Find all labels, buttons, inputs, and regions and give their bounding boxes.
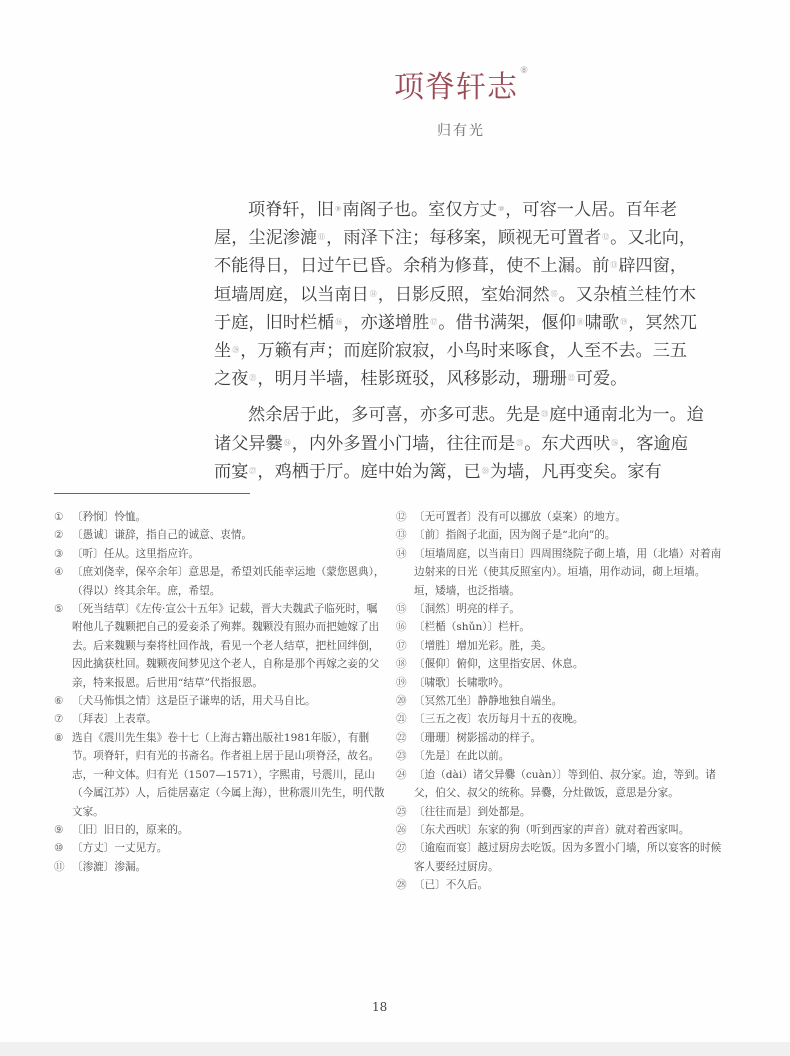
body-paragraph: 项脊轩，旧⑨南阁子也。室仅方丈⑩，可容一人居。百年老屋，尘泥渗漉⑪，雨泽下注；每… [214, 196, 704, 393]
body-text-run: 。东犬西吠 [524, 434, 610, 454]
footnote-number: ⑬ [396, 526, 414, 544]
body-text-run: ，亦遂增胜 [343, 313, 429, 333]
footnote-item: ⑰〔增胜〕增加光彩。胜，美。 [396, 637, 726, 655]
footnote-number: ⑫ [396, 508, 414, 526]
footnote-ref: ㉘ [482, 467, 489, 475]
footnotes-right-column: ⑫〔无可置者〕没有可以挪放（桌案）的地方。⑬〔前〕指阁子北面，因为阁子是“北向”… [396, 508, 726, 895]
viewer-bottom-band [0, 1042, 790, 1056]
footnote-text: 〔栏楯（shǔn）〕栏杆。 [414, 618, 726, 636]
footnotes-left-column: ①〔矜悯〕怜恤。②〔愚诚〕谦辞，指自己的诚意、衷情。③〔听〕任从。这里指应许。④… [54, 508, 386, 876]
footnote-text: 〔旧〕旧日的，原来的。 [72, 821, 386, 839]
footnote-number: ② [54, 526, 72, 544]
footnote-text: 选自《震川先生集》卷十七（上海古籍出版社1981年版），有删节。项脊轩，归有光的… [72, 729, 386, 821]
footnote-number: ⑯ [396, 618, 414, 636]
footnote-item: ㉑〔三五之夜〕农历每月十五的夜晚。 [396, 710, 726, 728]
footnote-item: ㉒〔珊珊〕树影摇动的样子。 [396, 729, 726, 747]
footnote-number: ⑤ [54, 600, 72, 692]
footnote-item: ⑪〔渗漉〕渗漏。 [54, 858, 386, 876]
footnote-item: ㉗〔逾庖而宴〕越过厨房去吃饭。因为多置小门墙，所以宴客的时候客人要经过厨房。 [396, 839, 726, 876]
footnote-item: ⑯〔栏楯（shǔn）〕栏杆。 [396, 618, 726, 636]
footnote-item: ㉖〔东犬西吠〕东家的狗（听到西家的声音）就对着西家叫。 [396, 821, 726, 839]
footnote-ref: ⑬ [610, 261, 617, 269]
footnote-item: ⑬〔前〕指阁子北面，因为阁子是“北向”的。 [396, 526, 726, 544]
body-paragraph: 然余居于此，多可喜，亦多可悲。先是㉓庭中通南北为一。迨诸父异爨㉔，内外多置小门墙… [214, 401, 704, 486]
footnote-ref: ⑲ [620, 318, 627, 326]
footnote-number: ⑳ [396, 692, 414, 710]
footnote-item: ⑧选自《震川先生集》卷十七（上海古籍出版社1981年版），有删节。项脊轩，归有光… [54, 729, 386, 821]
footnote-text: 〔啸歌〕长啸歌吟。 [414, 674, 726, 692]
footnote-divider [54, 493, 250, 494]
footnote-item: ⑭〔垣墙周庭，以当南日〕四周围绕院子砌上墙，用（北墙）对着南边射来的日光（使其反… [396, 545, 726, 600]
footnote-number: ⑱ [396, 655, 414, 673]
body-text-run: 为墙，凡再变矣。家有 [490, 462, 662, 482]
footnote-text: 〔逾庖而宴〕越过厨房去吃饭。因为多置小门墙，所以宴客的时候客人要经过厨房。 [414, 839, 726, 876]
footnote-ref: ㉓ [541, 410, 548, 418]
footnote-ref: ㉖ [611, 439, 618, 447]
footnote-number: ㉔ [396, 766, 414, 803]
footnote-number: ㉑ [396, 710, 414, 728]
footnote-text: 〔洞然〕明亮的样子。 [414, 600, 726, 618]
body-text-run: ，内外多置小门墙，往往而是 [292, 434, 515, 454]
footnote-text: 〔渗漉〕渗漏。 [72, 858, 386, 876]
footnote-item: ㉓〔先是〕在此以前。 [396, 747, 726, 765]
footnote-number: ⑭ [396, 545, 414, 600]
footnote-number: ⑩ [54, 839, 72, 857]
footnote-text: 〔珊珊〕树影摇动的样子。 [414, 729, 726, 747]
footnote-text: 〔垣墙周庭，以当南日〕四周围绕院子砌上墙，用（北墙）对着南边射来的日光（使其反照… [414, 545, 726, 600]
footnote-number: ⑪ [54, 858, 72, 876]
footnote-text: 〔往往而是〕到处都是。 [414, 803, 726, 821]
footnote-number: ㉕ [396, 803, 414, 821]
footnote-item: ⑨〔旧〕旧日的，原来的。 [54, 821, 386, 839]
footnote-ref: ⑪ [318, 233, 325, 241]
footnote-ref: ⑮ [551, 290, 558, 298]
footnote-text: 〔矜悯〕怜恤。 [72, 508, 386, 526]
body-text-run: 项脊轩，旧 [248, 200, 334, 220]
footnote-item: ⑩〔方丈〕一丈见方。 [54, 839, 386, 857]
footnote-number: ⑥ [54, 692, 72, 710]
body-text-run: 可爱。 [576, 369, 628, 389]
footnote-text: 〔死当结草〕《左传·宣公十五年》记载，晋大夫魏武子临死时，嘱咐他儿子魏颗把自己的… [72, 600, 386, 692]
footnote-item: ㉕〔往往而是〕到处都是。 [396, 803, 726, 821]
footnote-ref: ㉔ [284, 439, 291, 447]
footnote-text: 〔前〕指阁子北面，因为阁子是“北向”的。 [414, 526, 726, 544]
footnote-text: 〔冥然兀坐〕静静地独自端坐。 [414, 692, 726, 710]
book-page: 项脊轩志⑧ 归有光 项脊轩，旧⑨南阁子也。室仅方丈⑩，可容一人居。百年老屋，尘泥… [0, 0, 790, 1040]
title-footnote-marker: ⑧ [520, 66, 529, 76]
body-text-run: ，鸡栖于厅。庭中始为篱，已 [257, 462, 480, 482]
footnote-item: ②〔愚诚〕谦辞，指自己的诚意、衷情。 [54, 526, 386, 544]
footnote-item: ④〔庶刘侥幸，保卒余年〕意思是，希望刘氏能幸运地（蒙您恩典），（得以）终其余年。… [54, 563, 386, 600]
article-title-text: 项脊轩志 [394, 70, 518, 105]
footnote-text: 〔方丈〕一丈见方。 [72, 839, 386, 857]
footnote-number: ① [54, 508, 72, 526]
footnote-ref: ⑰ [430, 318, 437, 326]
footnote-text: 〔迨（dài）诸父异爨（cuàn）〕等到伯、叔分家。迨，等到。诸父，伯父、叔父的… [414, 766, 726, 803]
footnote-item: ⑲〔啸歌〕长啸歌吟。 [396, 674, 726, 692]
footnote-number: ⑲ [396, 674, 414, 692]
footnote-ref: ⑩ [498, 205, 504, 213]
footnote-text: 〔偃仰〕俯仰，这里指安居、休息。 [414, 655, 726, 673]
footnote-text: 〔东犬西吠〕东家的狗（听到西家的声音）就对着西家叫。 [414, 821, 726, 839]
footnote-number: ⑮ [396, 600, 414, 618]
footnote-number: ⑨ [54, 821, 72, 839]
footnote-text: 〔愚诚〕谦辞，指自己的诚意、衷情。 [72, 526, 386, 544]
footnote-item: ⑫〔无可置者〕没有可以挪放（桌案）的地方。 [396, 508, 726, 526]
footnote-text: 〔庶刘侥幸，保卒余年〕意思是，希望刘氏能幸运地（蒙您恩典），（得以）终其余年。庶… [72, 563, 386, 600]
body-text-run: 。借书满架，偃仰 [438, 313, 576, 333]
body-text-run: 啸歌 [585, 313, 619, 333]
footnote-ref: ⑳ [232, 346, 239, 354]
body-text-run: 南阁子也。室仅方丈 [342, 200, 497, 220]
footnote-item: ⑳〔冥然兀坐〕静静地独自端坐。 [396, 692, 726, 710]
footnote-text: 〔先是〕在此以前。 [414, 747, 726, 765]
body-text-run: ，明月半墙，桂影斑驳，风移影动，珊珊 [257, 369, 566, 389]
footnote-item: ㉘〔已〕不久后。 [396, 876, 726, 894]
footnote-number: ⑧ [54, 729, 72, 821]
footnote-item: ⑥〔犬马怖惧之情〕这是臣子谦卑的话，用犬马自比。 [54, 692, 386, 710]
footnote-number: ㉗ [396, 839, 414, 876]
footnote-ref: ㉗ [249, 467, 256, 475]
footnote-number: ⑦ [54, 710, 72, 728]
footnote-text: 〔已〕不久后。 [414, 876, 726, 894]
footnote-item: ⑦〔拜表〕上表章。 [54, 710, 386, 728]
body-text-run: 然余居于此，多可喜，亦多可悲。先是 [248, 405, 540, 425]
footnote-text: 〔无可置者〕没有可以挪放（桌案）的地方。 [414, 508, 726, 526]
footnote-item: ⑮〔洞然〕明亮的样子。 [396, 600, 726, 618]
footnote-item: ⑤〔死当结草〕《左传·宣公十五年》记载，晋大夫魏武子临死时，嘱咐他儿子魏颗把自己… [54, 600, 386, 692]
footnote-text: 〔听〕任从。这里指应许。 [72, 545, 386, 563]
article-title: 项脊轩志⑧ [394, 62, 529, 106]
footnote-item: ①〔矜悯〕怜恤。 [54, 508, 386, 526]
footnote-number: ④ [54, 563, 72, 600]
article-body: 项脊轩，旧⑨南阁子也。室仅方丈⑩，可容一人居。百年老屋，尘泥渗漉⑪，雨泽下注；每… [214, 196, 704, 486]
footnote-number: ③ [54, 545, 72, 563]
footnote-ref: ⑱ [577, 318, 584, 326]
footnote-number: ㉖ [396, 821, 414, 839]
footnote-text: 〔增胜〕增加光彩。胜，美。 [414, 637, 726, 655]
footnote-ref: ㉑ [249, 374, 256, 382]
footnote-ref: ⑨ [335, 205, 341, 213]
body-text-run: ，雨泽下注；每移案，顾视无可置者 [326, 228, 601, 248]
footnote-ref: ⑯ [335, 318, 342, 326]
footnote-number: ㉒ [396, 729, 414, 747]
page-number: 18 [372, 1000, 387, 1014]
footnote-item: ⑱〔偃仰〕俯仰，这里指安居、休息。 [396, 655, 726, 673]
footnote-item: ③〔听〕任从。这里指应许。 [54, 545, 386, 563]
footnote-text: 〔三五之夜〕农历每月十五的夜晚。 [414, 710, 726, 728]
footnote-number: ㉘ [396, 876, 414, 894]
footnote-ref: ㉕ [516, 439, 523, 447]
footnote-item: ㉔〔迨（dài）诸父异爨（cuàn）〕等到伯、叔分家。迨，等到。诸父，伯父、叔父… [396, 766, 726, 803]
footnote-text: 〔拜表〕上表章。 [72, 710, 386, 728]
body-text-run: ，日影反照，室始洞然 [378, 285, 550, 305]
footnote-ref: ⑭ [370, 290, 377, 298]
footnote-number: ⑰ [396, 637, 414, 655]
footnote-number: ㉓ [396, 747, 414, 765]
author-name: 归有光 [437, 120, 485, 140]
footnote-ref: ⑫ [602, 233, 609, 241]
footnote-ref: ㉒ [568, 374, 575, 382]
footnote-text: 〔犬马怖惧之情〕这是臣子谦卑的话，用犬马自比。 [72, 692, 386, 710]
